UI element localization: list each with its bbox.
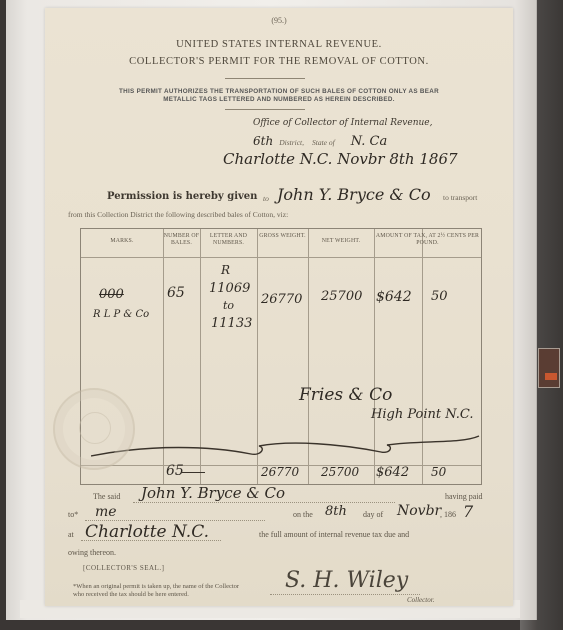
header-tax-amount: AMOUNT OF TAX, AT 2½ CENTS PER POUND. (374, 233, 481, 247)
collector-label: Collector. (407, 596, 434, 604)
district-line: 6th District, State of N. Ca (253, 132, 473, 150)
divider (225, 78, 305, 79)
consignee-name: Fries & Co (299, 385, 392, 405)
bales-value: 65 (167, 285, 185, 301)
background-card (538, 348, 560, 388)
total-net-weight: 25700 (321, 465, 359, 479)
payer-name: John Y. Bryce & Co (141, 484, 285, 502)
marks-struck: 000 (99, 287, 124, 302)
the-said-label: The said (93, 492, 120, 501)
collector-seal-label: [COLLECTOR'S SEAL.] (83, 564, 164, 572)
at-value: Charlotte N.C. (85, 522, 209, 542)
header-letter-numbers: LETTER AND NUMBERS. (200, 233, 257, 247)
at-label: at (68, 530, 74, 539)
district-label: District, (279, 138, 304, 147)
to-label: to* (68, 510, 78, 519)
from-district-text: from this Collection District the follow… (68, 210, 288, 219)
total-underline (181, 472, 205, 473)
month-value: Novbr (397, 503, 441, 519)
consignee-place: High Point N.C. (371, 407, 474, 422)
price-tag (545, 373, 557, 380)
permittee-name: John Y. Bryce & Co (277, 185, 431, 204)
state-value: N. Ca (351, 134, 388, 149)
to-value: me (95, 504, 117, 520)
header-marks: MARKS. (81, 238, 163, 245)
header-net-weight: NET WEIGHT. (308, 238, 374, 245)
tax-cents-value: 50 (431, 289, 448, 304)
gross-weight-value: 26770 (261, 292, 302, 307)
day-value: 8th (325, 504, 347, 519)
place-date: Charlotte N.C. Novbr 8th 1867 (223, 150, 458, 168)
permission-label: Permission is hereby given (107, 191, 257, 202)
document-title: UNITED STATES INTERNAL REVENUE. (45, 39, 513, 50)
document-subtitle: COLLECTOR'S PERMIT FOR THE REMOVAL OF CO… (45, 56, 513, 67)
marks-value: R L P & Co (93, 309, 149, 320)
district-number: 6th (253, 134, 273, 148)
seal-center (79, 412, 111, 444)
tag-letter: R (221, 263, 230, 277)
permission-to: to (263, 194, 269, 203)
total-tax-cents: 50 (431, 465, 446, 479)
header-number-of-bales: NUMBER OF BALES. (163, 233, 200, 247)
header-gross-weight: GROSS WEIGHT. (257, 233, 308, 240)
year-suffix: 7 (463, 502, 473, 521)
day-of-label: day of (363, 510, 383, 519)
full-amount-text: the full amount of internal revenue tax … (259, 530, 409, 539)
net-weight-value: 25700 (321, 289, 362, 304)
total-bales: 65 (166, 463, 184, 479)
footnote: *When an original permit is taken up, th… (73, 583, 243, 599)
transport-text: to transport (443, 193, 477, 202)
total-tax-dollars: $642 (376, 465, 409, 480)
office-heading: Office of Collector of Internal Revenue, (253, 118, 433, 128)
having-paid-label: having paid (445, 492, 483, 501)
year-prefix: , 186 (440, 510, 456, 519)
tax-dollars-value: $642 (376, 289, 412, 305)
collector-signature: S. H. Wiley (285, 568, 408, 593)
tag-number-from: 11069 (209, 281, 250, 296)
state-label: State of (312, 138, 335, 147)
form-number: (95.) (45, 16, 513, 25)
owing-text: owing thereon. (68, 548, 116, 557)
divider (225, 109, 305, 110)
total-gross-weight: 26770 (261, 465, 299, 479)
cotton-bales-table: MARKS. NUMBER OF BALES. LETTER AND NUMBE… (80, 228, 482, 485)
tag-number-to: 11133 (211, 316, 252, 331)
fill-line (85, 520, 265, 521)
notice-line-2: METALLIC TAGS LETTERED AND NUMBERED AS H… (45, 96, 513, 104)
cotton-permit-document: (95.) UNITED STATES INTERNAL REVENUE. CO… (45, 8, 513, 606)
header-rule (81, 257, 481, 258)
embossed-seal (53, 388, 135, 470)
on-the-label: on the (293, 510, 313, 519)
notice-line-1: THIS PERMIT AUTHORIZES THE TRANSPORTATIO… (45, 88, 513, 96)
tag-number-to-word: to (223, 299, 234, 312)
flourish-line (91, 434, 481, 464)
permit-notice: THIS PERMIT AUTHORIZES THE TRANSPORTATIO… (45, 88, 513, 104)
fill-line (133, 502, 395, 503)
signature-line (270, 594, 420, 595)
